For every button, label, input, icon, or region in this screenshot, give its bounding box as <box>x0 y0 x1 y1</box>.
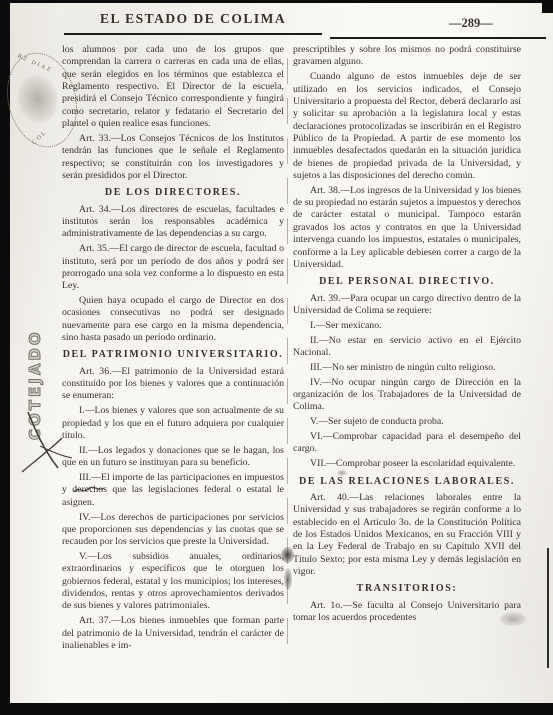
section-heading: DE LOS DIRECTORES. <box>62 187 284 199</box>
section-heading: DEL PERSONAL DIRECTIVO. <box>293 276 521 288</box>
paragraph: II.—No estar en servicio activo en el Ej… <box>293 335 521 360</box>
paragraph: V.—Ser sujeto de conducta proba. <box>293 416 521 428</box>
header-rule-left <box>64 33 322 35</box>
paragraph: los alumnos por cada uno de los grupos q… <box>62 44 284 130</box>
paragraph: Art. 1o.—Se faculta al Consejo Universit… <box>293 600 521 625</box>
paragraph: prescriptibles y sobre los mismos no pod… <box>293 44 521 69</box>
paragraph: Art. 38.—Los ingresos de la Universidad … <box>293 185 521 271</box>
section-heading: TRANSITORIOS: <box>293 583 521 595</box>
paragraph: III.—El importe de las participaciones e… <box>62 472 284 509</box>
scan-edge-top-right <box>542 0 553 13</box>
scanned-document-page: EL ESTADO DE COLIMA —289— RZ DIAZ COL CO… <box>0 0 553 715</box>
scan-edge-top <box>0 0 553 3</box>
section-heading: DE LAS RELACIONES LABORALES. <box>293 476 521 488</box>
paragraph: Art. 40.—Las relaciones laborales entre … <box>293 492 521 578</box>
scan-edge-right <box>547 548 549 668</box>
page-title: EL ESTADO DE COLIMA <box>100 11 286 27</box>
page-number: —289— <box>449 16 493 31</box>
text-column-right: prescriptibles y sobre los mismos no pod… <box>293 44 521 702</box>
ink-blot <box>284 568 292 590</box>
paragraph: III.—No ser ministro de ningún culto rel… <box>293 362 521 374</box>
column-divider <box>287 58 288 658</box>
paragraph: Art. 36.—El patrimonio de la Universidad… <box>62 366 284 403</box>
paragraph: VI.—Comprobar capacidad para el desempeñ… <box>293 431 521 456</box>
header-rule-right <box>330 37 546 39</box>
paragraph: IV.—No ocupar ningún cargo de Dirección … <box>293 377 521 414</box>
section-heading: DEL PATRIMONIO UNIVERSITARIO. <box>62 349 284 361</box>
scan-edge-bottom <box>0 703 553 715</box>
paragraph: VII.—Comprobar poseer la escolaridad equ… <box>293 458 521 470</box>
paragraph: I.—Los bienes y valores que son actualme… <box>62 405 284 442</box>
paragraph: V.—Los subsidios anuales, ordinarios, ex… <box>62 551 284 613</box>
paragraph: II.—Los legados y donaciones que se le h… <box>62 445 284 470</box>
paragraph: I.—Ser mexicano. <box>293 320 521 332</box>
paragraph: Art. 34.—Los directores de escuelas, fac… <box>62 204 284 241</box>
paragraph: Art. 39.—Para ocupar un cargo directivo … <box>293 293 521 318</box>
paragraph: Art. 35.—El cargo de director de escuela… <box>62 243 284 292</box>
paragraph: Art. 37.—Los bienes inmuebles que forman… <box>62 615 284 652</box>
text-column-left: los alumnos por cada uno de los grupos q… <box>62 44 284 702</box>
paragraph: Cuando alguno de estos inmuebles deje de… <box>293 71 521 182</box>
paragraph: Art. 33.—Los Consejos Técnicos de los In… <box>62 133 284 182</box>
paragraph: Quien haya ocupado el cargo de Director … <box>62 295 284 344</box>
paragraph: IV.—Los derechos de participaciones por … <box>62 512 284 549</box>
